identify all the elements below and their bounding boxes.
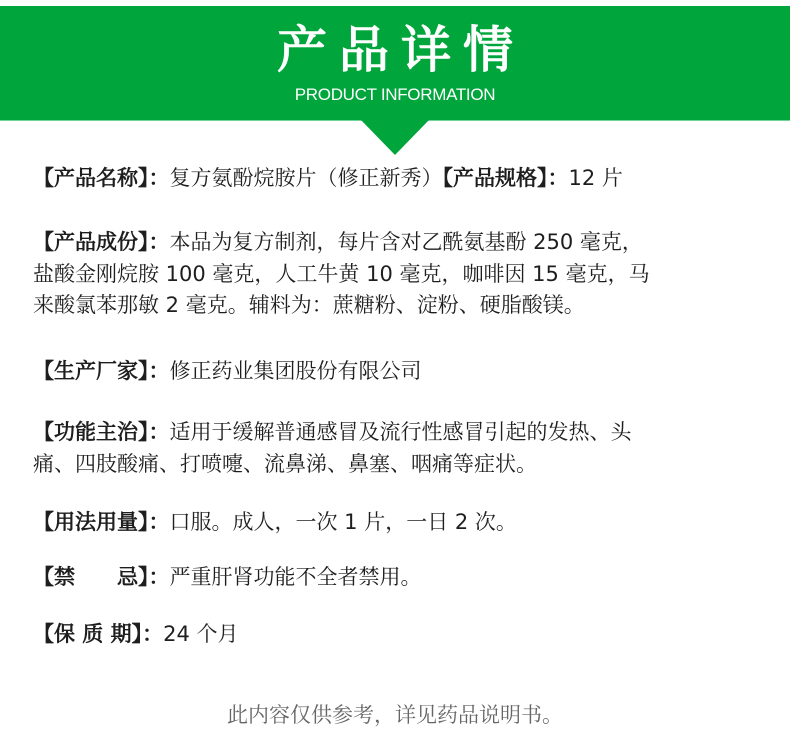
product-name-row: 【产品名称】：复方氨酚烷胺片（修正新秀）【产品规格】：12 片 <box>33 163 763 195</box>
product-name-value: 复方氨酚烷胺片（修正新秀） <box>170 166 443 190</box>
ingredients-label: 【产品成份】： <box>33 230 170 254</box>
contraindications-value: 严重肝肾功能不全者禁用。 <box>170 565 422 589</box>
dosage-label: 【用法用量】： <box>33 510 170 534</box>
indications-row: 【功能主治】：适用于缓解普通感冒及流行性感冒引起的发热、头 痛、四肢酸痛、打喷嚏… <box>33 417 763 480</box>
product-name-label: 【产品名称】： <box>33 166 170 190</box>
shelf-life-row: 【保 质 期】：24 个月 <box>33 619 763 651</box>
header-banner: 产品详情 PRODUCT INFORMATION <box>0 6 790 121</box>
page-subtitle: PRODUCT INFORMATION <box>0 85 790 105</box>
banner-pointer-arrow-icon <box>361 120 429 155</box>
ingredients-row: 【产品成份】：本品为复方制剂，每片含对乙酰氨基酚 250 毫克， 盐酸金刚烷胺 … <box>33 227 763 322</box>
dosage-row: 【用法用量】：口服。成人，一次 1 片，一日 2 次。 <box>33 507 763 539</box>
manufacturer-value: 修正药业集团股份有限公司 <box>170 359 422 383</box>
shelf-life-label: 【保 质 期】： <box>33 622 163 646</box>
manufacturer-row: 【生产厂家】：修正药业集团股份有限公司 <box>33 356 763 388</box>
indications-line-2: 痛、四肢酸痛、打喷嚏、流鼻涕、鼻塞、咽痛等症状。 <box>33 449 763 481</box>
ingredients-line-1: 【产品成份】：本品为复方制剂，每片含对乙酰氨基酚 250 毫克， <box>33 227 763 259</box>
contraindications-row: 【禁 忌】：严重肝肾功能不全者禁用。 <box>33 562 763 594</box>
dosage-value: 口服。成人，一次 1 片，一日 2 次。 <box>170 510 517 534</box>
ingredients-line-2: 盐酸金刚烷胺 100 毫克，人工牛黄 10 毫克，咖啡因 15 毫克，马 <box>33 259 763 291</box>
page-title: 产品详情 <box>0 20 790 80</box>
ingredients-line-3: 来酸氯苯那敏 2 毫克。辅料为：蔗糖粉、淀粉、硬脂酸镁。 <box>33 290 763 322</box>
indications-line-1: 【功能主治】：适用于缓解普通感冒及流行性感冒引起的发热、头 <box>33 417 763 449</box>
indications-label: 【功能主治】： <box>33 420 170 444</box>
product-spec-value: 12 片 <box>569 166 623 190</box>
product-spec-label: 【产品规格】： <box>443 166 569 190</box>
manufacturer-label: 【生产厂家】： <box>33 359 170 383</box>
disclaimer-note: 此内容仅供参考，详见药品说明书。 <box>0 700 790 730</box>
contraindications-label: 【禁 忌】： <box>33 565 170 589</box>
shelf-life-value: 24 个月 <box>163 622 238 646</box>
